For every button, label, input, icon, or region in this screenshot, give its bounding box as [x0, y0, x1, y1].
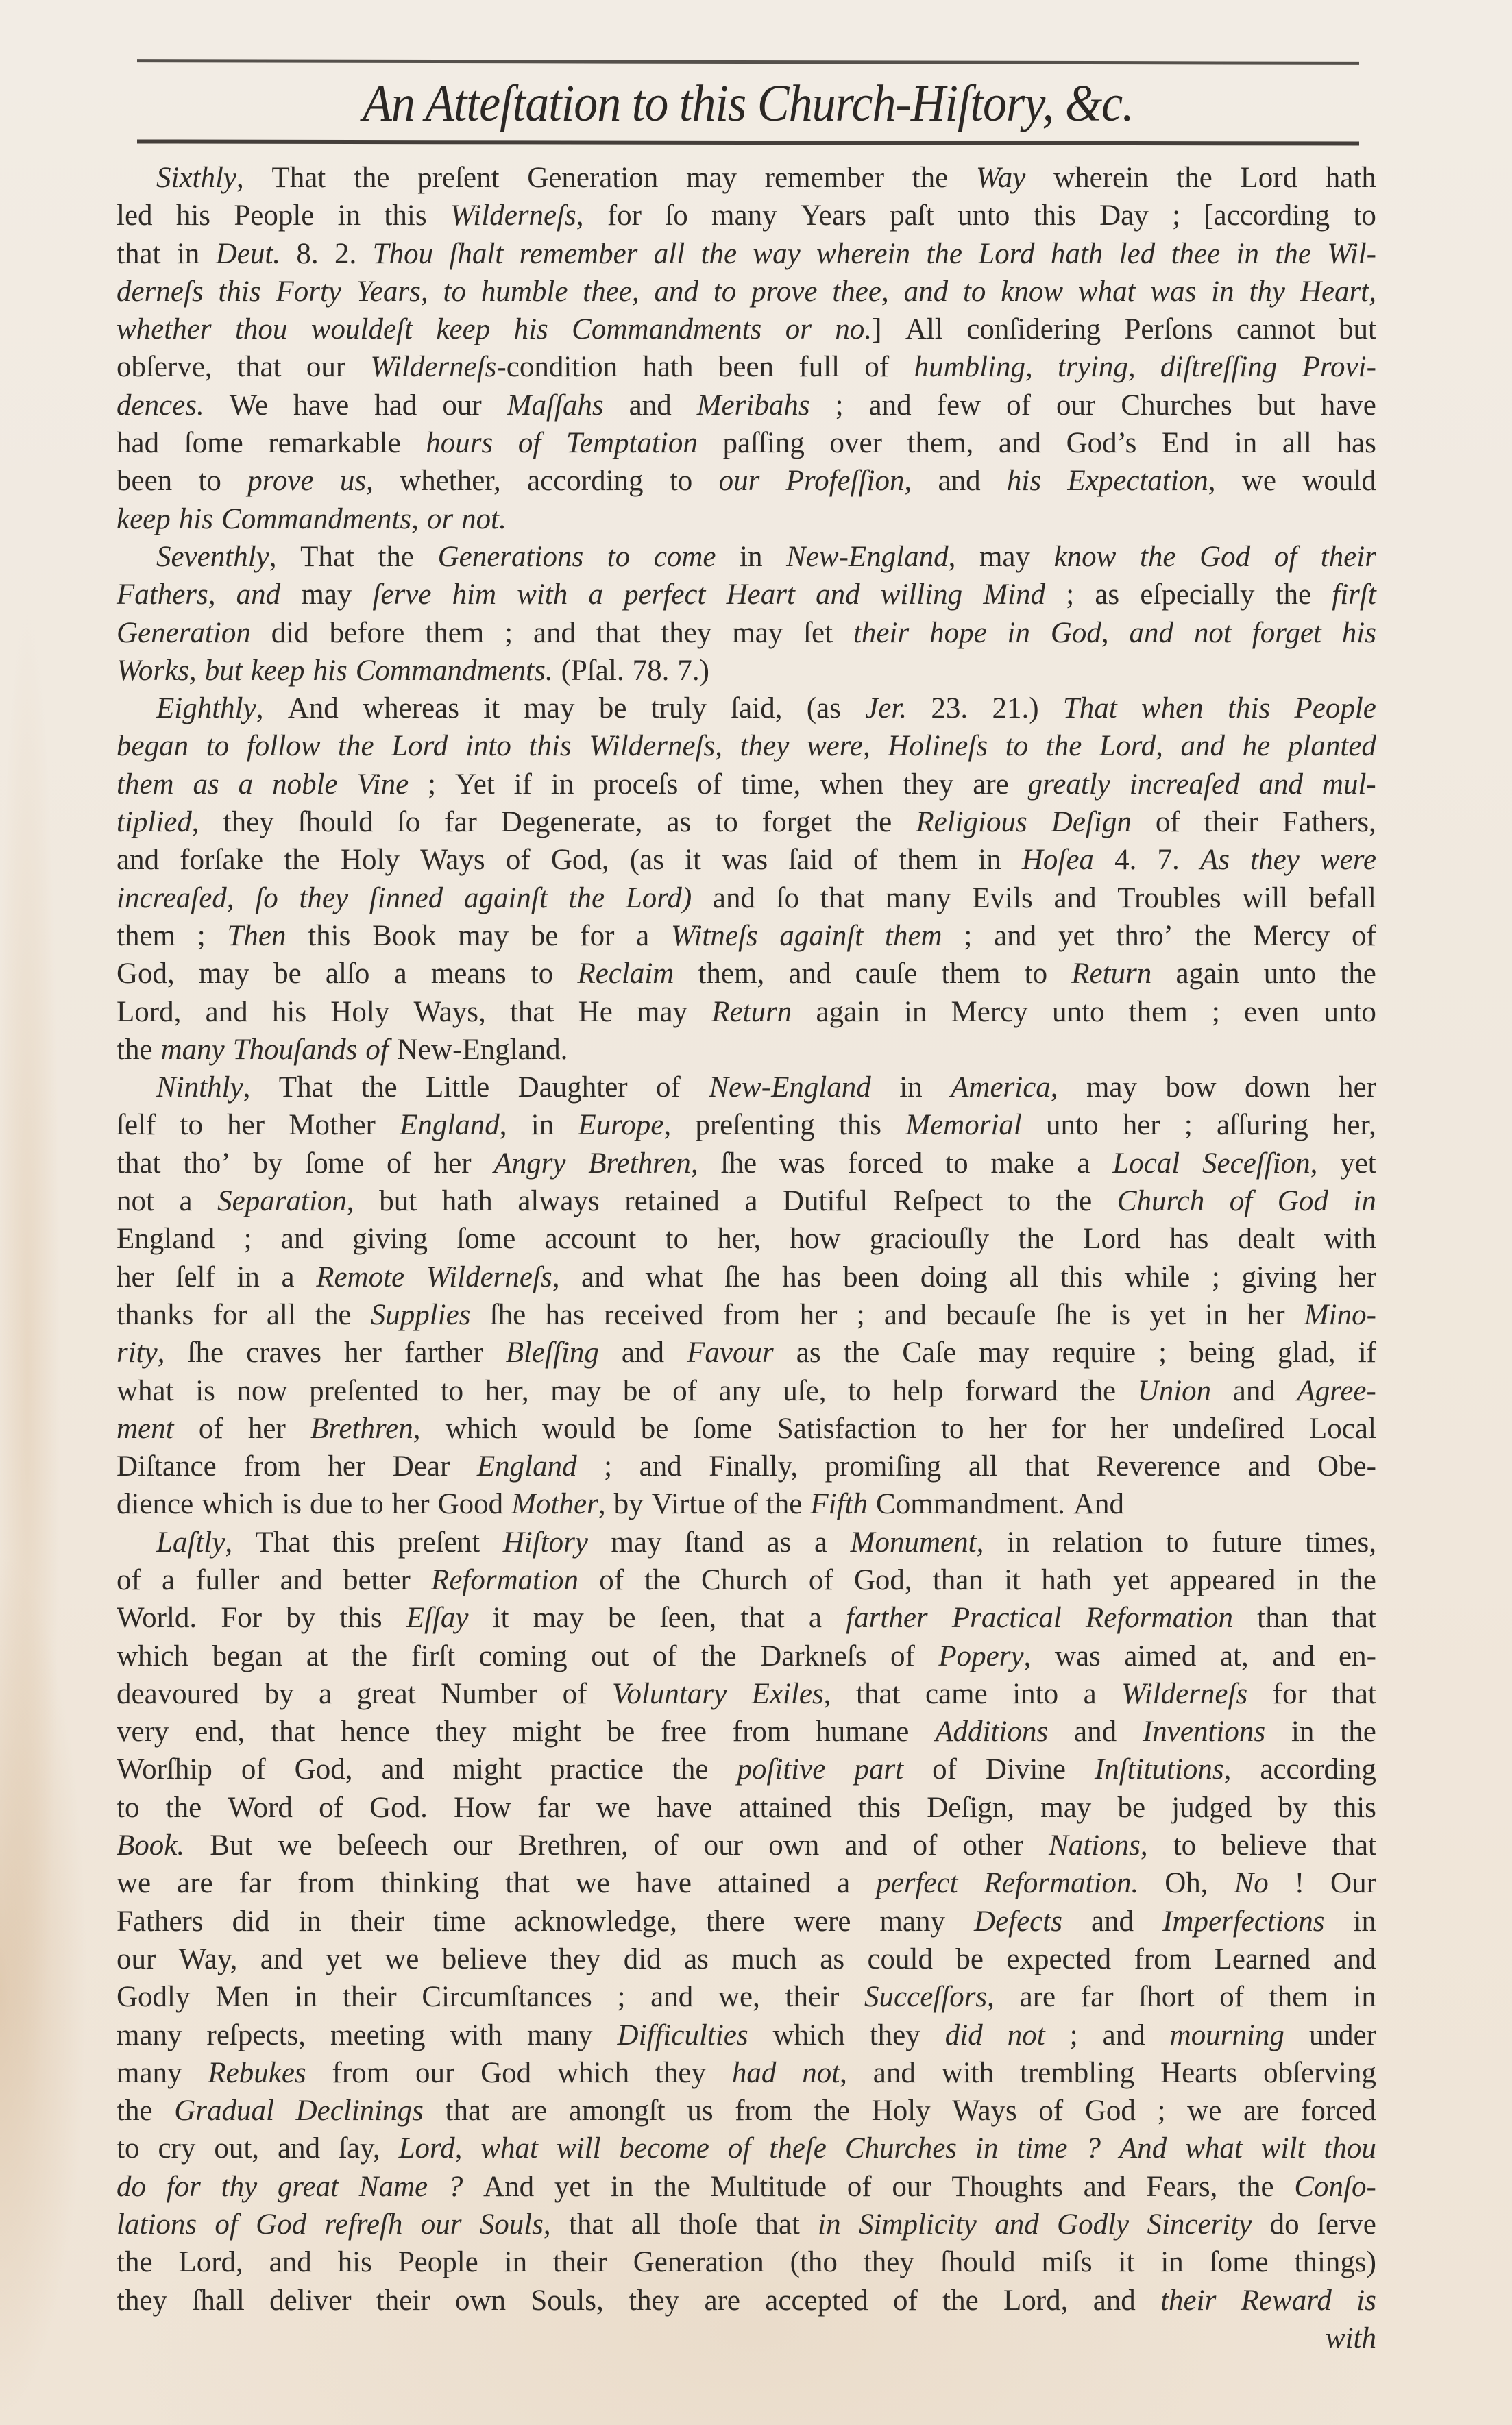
- word: her: [1339, 1258, 1376, 1296]
- word: were: [794, 1903, 851, 1940]
- word: and: [884, 1296, 927, 1334]
- word: their: [1204, 803, 1258, 841]
- word: they: [117, 2282, 167, 2319]
- word: that: [117, 235, 160, 273]
- word: and: [1247, 1448, 1290, 1485]
- word: they: [864, 2243, 914, 2281]
- word: Learned: [1215, 1940, 1311, 1978]
- word: Declinings: [296, 2092, 424, 2130]
- word: know: [1001, 273, 1063, 310]
- word: of: [215, 2206, 237, 2243]
- word: Succeſſors,: [864, 1978, 995, 2016]
- word: of: [599, 1561, 624, 1599]
- word: in: [299, 1903, 321, 1940]
- word: againſt: [779, 917, 863, 955]
- word: require: [1052, 1334, 1136, 1372]
- word: of: [672, 1372, 697, 1410]
- word: the: [1056, 1182, 1093, 1220]
- word: bow: [1165, 1069, 1216, 1106]
- word: Wilderneſs: [1121, 1675, 1247, 1713]
- word: to: [1353, 197, 1376, 234]
- word: being: [1189, 1334, 1255, 1372]
- word: Church: [1117, 1182, 1204, 1220]
- word: to: [670, 462, 692, 500]
- word: in: [1297, 1561, 1319, 1599]
- word: aimed: [1124, 1637, 1196, 1675]
- word: will: [1242, 879, 1288, 917]
- word: and: [844, 1827, 887, 1864]
- text-line: derneſsthisFortyYears,tohumblethee,andto…: [117, 273, 1376, 310]
- word: thou: [235, 310, 287, 348]
- word: of: [932, 1751, 957, 1788]
- word: 2.: [334, 235, 356, 273]
- word: but: [1339, 310, 1376, 348]
- word: of: [809, 1561, 833, 1599]
- word: ;: [428, 766, 436, 803]
- word: tho’: [183, 1145, 230, 1182]
- word: Deſign: [1051, 803, 1132, 841]
- word: of: [506, 841, 531, 879]
- word: that: [271, 1713, 315, 1751]
- word: ment: [117, 1410, 174, 1448]
- word: New-England.: [397, 1031, 568, 1069]
- word: that: [237, 348, 281, 386]
- word: part: [854, 1751, 903, 1788]
- word: becauſe: [946, 1296, 1036, 1334]
- text-line: whatisnowpreſentedtoher,maybeofanyuſe,to…: [117, 1372, 1376, 1410]
- word: the: [166, 1789, 202, 1827]
- word: many: [117, 2054, 182, 2092]
- word: to: [1173, 1827, 1196, 1864]
- word: truly: [651, 690, 707, 727]
- word: all: [968, 1448, 998, 1485]
- word: his: [179, 500, 213, 538]
- word: do: [1270, 2206, 1300, 2243]
- word: this: [384, 197, 426, 234]
- text-line: World.ForbythisEſſayitmaybeſeen,thatafar…: [117, 1599, 1376, 1637]
- word: wouldeſt: [311, 310, 413, 348]
- word: Day: [1099, 197, 1149, 234]
- word: that: [856, 1675, 900, 1713]
- word: in: [904, 993, 927, 1031]
- word: hath: [1051, 235, 1103, 273]
- word: over: [830, 424, 882, 462]
- word: the: [1080, 1372, 1117, 1410]
- word: hours: [426, 424, 493, 462]
- word: far: [1081, 1978, 1114, 2016]
- word: in: [899, 1069, 922, 1106]
- word: with: [942, 2054, 994, 2092]
- word: in: [1236, 235, 1259, 273]
- word: Godly: [1057, 2206, 1129, 2243]
- word: of: [733, 1485, 758, 1523]
- word: did: [945, 2016, 983, 2054]
- word: Expectation,: [1067, 462, 1215, 500]
- word: down: [1245, 1069, 1310, 1106]
- word: God’s: [1066, 424, 1137, 462]
- word: Churches: [845, 2130, 957, 2167]
- word: Provi-: [1302, 348, 1376, 386]
- word: Practical: [952, 1599, 1062, 1637]
- word: giving: [352, 1220, 428, 1258]
- word: our: [306, 348, 345, 386]
- word: Monument,: [851, 1524, 984, 1561]
- word: glad,: [1278, 1334, 1336, 1372]
- word: Name: [359, 2168, 428, 2206]
- word: from: [735, 2092, 792, 2130]
- word: hath: [1041, 1561, 1092, 1599]
- word: beſeech: [338, 1827, 428, 1864]
- word: the: [1238, 2168, 1274, 2206]
- word: of: [913, 1827, 938, 1864]
- word: that: [820, 879, 864, 917]
- text-line: doforthygreatName?AndyetintheMultitudeof…: [117, 2168, 1376, 2206]
- word: been: [117, 462, 172, 500]
- word: yet: [554, 2168, 591, 2206]
- word: againſt: [464, 879, 548, 917]
- word: have: [657, 1789, 712, 1827]
- word: the: [672, 1751, 709, 1788]
- word: humane: [816, 1713, 909, 1751]
- word: Temptation: [566, 424, 698, 462]
- word: this: [308, 917, 350, 955]
- word: be: [608, 1599, 636, 1637]
- catchword: with: [117, 2319, 1376, 2357]
- word: from: [243, 1448, 301, 1485]
- text-line: Lord,andhisHolyWays,thatHemayReturnagain…: [117, 993, 1376, 1031]
- word: her,: [485, 1372, 529, 1410]
- word: this: [1334, 1789, 1376, 1827]
- word: her,: [1332, 1106, 1376, 1144]
- word: to: [441, 1372, 463, 1410]
- word: had: [117, 424, 159, 462]
- text-line: Seventhly,ThattheGenerationstocomeinNew-…: [117, 538, 1376, 576]
- word: they: [1250, 841, 1300, 879]
- text-line: theGradualDecliningsthatareamongſtusfrom…: [117, 2092, 1376, 2130]
- word: the: [378, 538, 414, 576]
- text-line: whichbeganatthefirſtcomingoutoftheDarkne…: [117, 1637, 1376, 1675]
- text-line: wearefarfromthinkingthatwehaveattainedap…: [117, 1864, 1376, 1902]
- word: Local: [1112, 1145, 1180, 1182]
- word: Imperfections: [1162, 1903, 1324, 1940]
- text-line: lationsofGodrefreſhourSouls,thatallthoſe…: [117, 2206, 1376, 2243]
- word: may: [550, 1372, 601, 1410]
- word: Brethren,: [310, 1410, 420, 1448]
- word: with: [517, 576, 568, 613]
- word: and: [994, 917, 1036, 955]
- word: God,: [551, 841, 609, 879]
- word: a: [809, 1599, 822, 1637]
- word: remember: [765, 159, 884, 197]
- word: ;: [1212, 993, 1220, 1031]
- word: and: [622, 1334, 664, 1372]
- word: us,: [340, 462, 374, 500]
- word: her: [1339, 1069, 1376, 1106]
- word: may: [979, 1334, 1029, 1372]
- word: ;: [857, 1296, 865, 1334]
- word: ſhould: [940, 2243, 1016, 2281]
- word: did: [624, 1940, 661, 1978]
- word: humbling,: [914, 348, 1033, 386]
- word: Maſſahs: [507, 387, 604, 424]
- word: had: [732, 2054, 777, 2092]
- word: even: [1244, 993, 1300, 1031]
- word: ſerve: [373, 576, 432, 613]
- text-line: rity,ſhecravesherfartherBleſſingandFavou…: [117, 1334, 1376, 1372]
- word: a: [239, 766, 254, 803]
- word: God,: [1051, 614, 1109, 652]
- word: many: [886, 879, 951, 917]
- word: not: [1194, 614, 1232, 652]
- word: preſented: [309, 1372, 419, 1410]
- word: into: [1012, 1675, 1058, 1713]
- word: Works,: [117, 652, 197, 690]
- word: amongſt: [569, 2092, 666, 2130]
- word: of: [117, 1561, 141, 1599]
- word: for: [212, 1296, 247, 1334]
- word: mul-: [1322, 766, 1376, 803]
- word: dences.: [117, 387, 204, 424]
- word: Evils: [972, 879, 1032, 917]
- word: by: [265, 1675, 294, 1713]
- word: them: [899, 841, 958, 879]
- word: proceſs: [593, 766, 678, 803]
- word: to: [1025, 955, 1047, 992]
- word: may: [1086, 1069, 1137, 1106]
- word: for: [1051, 1410, 1086, 1448]
- word: Reformation: [1086, 1599, 1233, 1637]
- word: thoſe: [679, 2206, 737, 2243]
- word: he: [1243, 727, 1271, 765]
- word: in: [295, 1978, 317, 2016]
- text-line: ſelftoherMotherEngland,inEurope,preſenti…: [117, 1106, 1376, 1144]
- word: trying,: [1058, 348, 1135, 386]
- word: be: [599, 690, 627, 727]
- word: this: [858, 1789, 901, 1827]
- word: the: [352, 1637, 388, 1675]
- word: Mother,: [511, 1485, 605, 1523]
- word: be: [273, 955, 302, 992]
- word: to: [180, 1106, 203, 1144]
- word: of: [864, 348, 889, 386]
- word: befall: [1309, 879, 1376, 917]
- word: wilt: [1261, 2130, 1306, 2167]
- word: the: [361, 1069, 398, 1106]
- word: to: [963, 273, 986, 310]
- word: New-England: [709, 1069, 870, 1106]
- word: to: [531, 955, 553, 992]
- word: miſs: [1042, 2243, 1093, 2281]
- word: craves: [246, 1334, 321, 1372]
- word: the: [1140, 538, 1176, 576]
- word: Lord: [1241, 159, 1298, 197]
- word: ;: [244, 1220, 252, 1258]
- word: Thoughts: [951, 2168, 1062, 2206]
- word: ;: [1070, 2016, 1078, 2054]
- word: ſhe: [490, 1296, 526, 1334]
- word: graciouſly: [870, 1220, 989, 1258]
- word: they: [223, 803, 274, 841]
- word: and: [1084, 2168, 1126, 2206]
- word: tiplied,: [117, 803, 199, 841]
- word: be: [641, 1410, 669, 1448]
- word: many: [117, 2016, 182, 2054]
- word: trembling: [1020, 2054, 1134, 2092]
- word: from: [723, 1296, 781, 1334]
- word: ſo: [777, 879, 799, 917]
- word: her: [800, 1296, 838, 1334]
- word: whether,: [400, 462, 501, 500]
- word: Ninthly,: [156, 1069, 250, 1106]
- word: ſhe: [724, 1258, 761, 1296]
- word: to: [714, 273, 736, 310]
- word: own: [455, 2282, 506, 2319]
- word: than: [1257, 1599, 1308, 1637]
- word: the: [338, 727, 374, 765]
- word: them,: [907, 424, 974, 462]
- word: poſitive: [737, 1751, 825, 1788]
- word: a: [744, 1182, 757, 1220]
- word: as: [820, 1940, 844, 1978]
- word: 8.: [296, 235, 318, 273]
- word: many: [527, 2016, 593, 2054]
- word: that: [510, 993, 554, 1031]
- word: Souls,: [531, 2282, 603, 2319]
- word: ſome: [694, 1410, 753, 1448]
- word: Lord,: [399, 2130, 463, 2167]
- word: forward: [965, 1372, 1058, 1410]
- word: become: [620, 2130, 709, 2167]
- word: they: [870, 2016, 920, 2054]
- word: Rebukes: [208, 2054, 306, 2092]
- word: obſerve,: [117, 348, 212, 386]
- word: the: [569, 879, 605, 917]
- word: All: [905, 310, 943, 348]
- word: Hearts: [1160, 2054, 1237, 2092]
- word: Popery,: [938, 1637, 1031, 1675]
- word: preſent: [417, 159, 499, 197]
- word: ſaid,: [731, 690, 782, 727]
- word: ſhe: [188, 1334, 224, 1372]
- word: in: [611, 2168, 633, 2206]
- word: their: [553, 2243, 607, 2281]
- word: and: [655, 273, 699, 310]
- word: her: [392, 1485, 430, 1523]
- word: and: [938, 462, 981, 500]
- text-line: England;andgivingſomeaccounttoher,howgra…: [117, 1220, 1376, 1258]
- word: ?: [448, 2168, 463, 2206]
- word: Union: [1138, 1372, 1212, 1410]
- word: planted: [1288, 727, 1376, 765]
- word: when: [820, 766, 883, 803]
- word: the: [284, 841, 320, 879]
- word: Ways: [420, 841, 485, 879]
- word: Word: [228, 1789, 292, 1827]
- word: our: [442, 387, 481, 424]
- word: and: [999, 424, 1041, 462]
- word: And: [1073, 1485, 1124, 1523]
- word: them: [425, 614, 484, 652]
- word: Laſtly,: [156, 1524, 232, 1561]
- word: her: [328, 1448, 365, 1485]
- word: in: [1160, 2243, 1183, 2281]
- word: Brethren,: [588, 1145, 698, 1182]
- text-line: tocryout,andſay,Lord,whatwillbecomeofthe…: [117, 2130, 1376, 2167]
- word: is: [282, 1485, 302, 1523]
- word: his: [338, 2243, 372, 2281]
- word: believe: [1221, 1827, 1306, 1864]
- word: Eighthly,: [156, 690, 263, 727]
- word: thee,: [832, 273, 888, 310]
- word: may: [301, 576, 352, 613]
- word: of: [1219, 1978, 1244, 2016]
- word: began: [117, 727, 188, 765]
- word: willing: [881, 576, 962, 613]
- word: of: [241, 1751, 266, 1788]
- word: the: [654, 2168, 690, 2206]
- word: his: [1007, 462, 1041, 500]
- word: acknowledge,: [514, 1903, 677, 1940]
- word: of: [1274, 538, 1297, 576]
- word: Number: [441, 1675, 537, 1713]
- word: Lord: [391, 727, 448, 765]
- text-line: God,maybealſoameanstoReclaimthem,andcauſ…: [117, 955, 1376, 992]
- word: be: [531, 917, 559, 955]
- word: ſome: [305, 1145, 364, 1182]
- word: and: [639, 1448, 682, 1485]
- text-line: Works,butkeephisCommandments.(Pſal.78.7.…: [117, 652, 1376, 690]
- word: which: [117, 1637, 188, 1675]
- word: great: [278, 2168, 339, 2206]
- word: Seventhly,: [156, 538, 277, 576]
- word: firſt: [1332, 576, 1376, 613]
- word: greatly: [1028, 766, 1110, 803]
- word: deavoured: [117, 1675, 239, 1713]
- word: in: [531, 1106, 554, 1144]
- word: and: [816, 576, 860, 613]
- word: them: [1129, 993, 1188, 1031]
- word: Lord,: [1099, 727, 1163, 765]
- word: Agree-: [1297, 1372, 1376, 1410]
- word: the: [844, 1334, 880, 1372]
- word: if: [514, 766, 532, 803]
- text-line: Laſtly,ThatthispreſentHiſtorymayſtandasa…: [117, 1524, 1376, 1561]
- word: our: [117, 1940, 156, 1978]
- word: always: [517, 1182, 599, 1220]
- word: believe: [442, 1940, 527, 1978]
- word: for: [580, 917, 614, 955]
- word: them: [117, 766, 174, 803]
- word: to: [848, 1372, 870, 1410]
- word: may: [524, 690, 574, 727]
- word: Meribahs: [697, 387, 810, 424]
- word: deliver: [269, 2282, 351, 2319]
- word: Sincerity: [1147, 2206, 1252, 2243]
- word: it: [493, 1599, 509, 1637]
- word: and: [280, 1561, 323, 1599]
- word: America,: [951, 1069, 1058, 1106]
- text-line: Fathersdidintheirtimeacknowledge,therewe…: [117, 1903, 1376, 1940]
- word: reſpects,: [207, 2016, 306, 2054]
- word: is: [1110, 1296, 1130, 1334]
- text-line: WorſhipofGod,andmightpracticethepoſitive…: [117, 1751, 1376, 1788]
- word: Book.: [117, 1827, 184, 1864]
- word: Gradual: [174, 2092, 274, 2130]
- word: all: [654, 235, 685, 273]
- word: they: [903, 766, 953, 803]
- word: what: [646, 1258, 703, 1296]
- text-line: whetherthouwouldeſtkeephisCommandmentsor…: [117, 310, 1376, 348]
